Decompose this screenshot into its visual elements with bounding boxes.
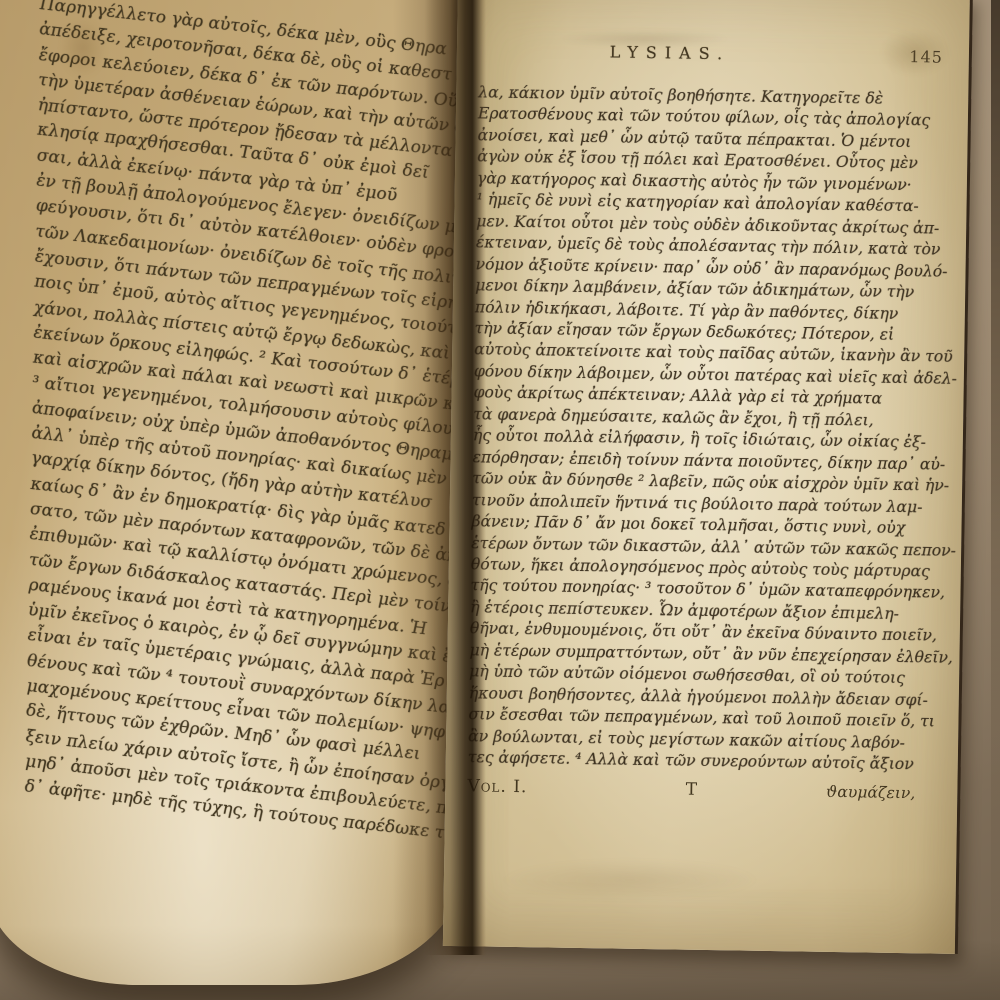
- left-page: Παρηγγέλλετο γὰρ αὐτοῖς, δέκα μὲν, οὓς Θ…: [0, 0, 465, 985]
- catchword: ϑαυμάζειν,: [766, 781, 938, 802]
- signature-mark: T: [617, 778, 767, 800]
- running-head-row: LYSIAS. 145: [479, 40, 949, 73]
- page-footer: Vol. I. T ϑαυμάζειν,: [467, 776, 937, 803]
- page-number: 145: [909, 47, 943, 67]
- right-page: LYSIAS. 145 λα, κάκιον ὑμῖν αὐτοῖς βοηθή…: [443, 0, 973, 954]
- photo-edge-shadow: [991, 0, 1000, 1000]
- volume-label: Vol. I.: [467, 776, 617, 798]
- right-page-text: λα, κάκιον ὑμῖν αὐτοῖς βοηθήσητε. Κατηγο…: [468, 82, 949, 776]
- running-head-title: LYSIAS.: [479, 40, 861, 65]
- table-background: { "book": { "left_page": { "lines": [ "Π…: [0, 0, 1000, 1000]
